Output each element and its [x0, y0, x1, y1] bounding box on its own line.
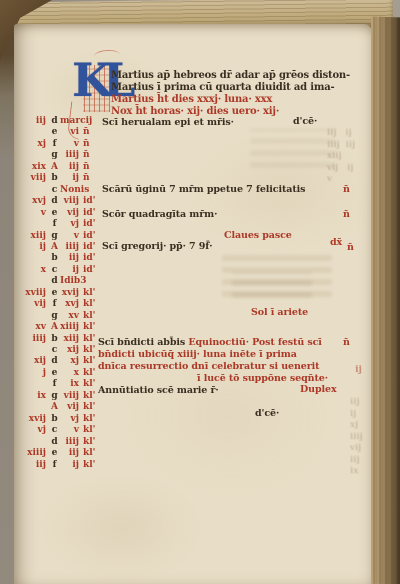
calendar-row: viijbijn̄	[22, 173, 114, 184]
entry-text: ī lucē tō suppōne seqn̄te·	[197, 373, 328, 384]
day-label: v	[58, 425, 79, 436]
golden-number: xj	[22, 139, 46, 150]
calendar-row: vevijid'	[22, 208, 114, 219]
feast-entry: bn̄dicti ubicūq̄ xiiij· luna inēte ī pri…	[98, 349, 297, 360]
entry-text: Claues pasce	[224, 230, 292, 241]
calendar-row: biijid'	[22, 253, 114, 264]
nones-ides-kalends-mark: kl'	[83, 402, 109, 413]
nones-ides-kalends-mark: id'	[83, 196, 109, 207]
entry-text: ij	[355, 364, 362, 375]
day-label: marcij	[60, 116, 92, 127]
feast-entry: Claues pasce	[224, 230, 292, 241]
dominical-letter: d	[49, 276, 60, 287]
nones-ides-kalends-mark: id'	[83, 265, 109, 276]
photo-of-manuscript: KL Martius ap̄ hebreos dr̄ adar ap̄ grēo…	[0, 0, 400, 584]
day-label: xij	[58, 345, 79, 356]
calendar-row: gxvkl'	[22, 311, 114, 322]
calendar-row: Avijkl'	[22, 402, 114, 413]
calendar-row: iijdmarcij	[22, 116, 114, 127]
day-label: iiij	[58, 437, 79, 448]
golden-number: xvj	[22, 196, 46, 207]
feast-entry: dx̄	[330, 237, 342, 248]
calendar-row: xiijgvid'	[22, 231, 114, 242]
golden-number: viij	[22, 173, 46, 184]
nones-ides-kalends-mark: kl'	[83, 437, 109, 448]
nones-ides-kalends-mark: n̄	[83, 162, 109, 173]
day-label: Nonis	[60, 185, 89, 196]
golden-number: ix	[22, 391, 46, 402]
nones-ides-kalends-mark: kl'	[83, 448, 109, 459]
day-label: iiij	[58, 150, 79, 161]
entry-text: Scī bn̄dicti abb̄is	[98, 337, 188, 348]
nones-ides-kalends-mark: kl'	[83, 425, 109, 436]
header-line-1: Martius ap̄ hebreos dr̄ adar ap̄ grēos d…	[111, 70, 350, 82]
feast-entry: ī lucē tō suppōne seqn̄te·	[197, 373, 328, 384]
entry-text: n̄	[347, 242, 354, 253]
entry-text: Scī gregorij· pp̄· 7 9f̄·	[102, 241, 212, 252]
day-label: x	[58, 368, 79, 379]
day-label: iij	[58, 162, 79, 173]
day-label: xiiij	[58, 322, 79, 333]
day-label: ij	[58, 460, 79, 471]
book-gutter-edge	[0, 0, 15, 584]
day-label: iij	[58, 253, 79, 264]
calendar-row: xviijexvijkl'	[22, 288, 114, 299]
day-label: Idib3	[60, 276, 86, 287]
header-line-3: Martius h̄t dies xxxj· luna· xxx	[111, 94, 272, 106]
day-label: ij	[58, 265, 79, 276]
day-label: vj	[58, 414, 79, 425]
entry-text: n̄	[343, 209, 350, 220]
calendar-row: ijAiiijid'	[22, 242, 114, 253]
entry-text: Equinoctiū· Post festū scī	[188, 337, 321, 348]
calendar-row: fvjid'	[22, 219, 114, 230]
header-line-2: Martius ī prima cū quarta diuidit ad ima…	[111, 82, 334, 94]
feast-entry: dnīca resurrectio dnī celebratur si uene…	[98, 361, 319, 372]
golden-number: xiij	[22, 231, 46, 242]
golden-number: vij	[22, 299, 46, 310]
entry-text: Scī herualam epi et mr̄is·	[102, 117, 234, 128]
day-label: xvj	[58, 299, 79, 310]
nones-ides-kalends-mark: kl'	[83, 460, 109, 471]
day-label: ix	[58, 379, 79, 390]
page-block-fore-edge	[371, 17, 400, 584]
entry-text: Scōr quadragīta mr̄m·	[102, 209, 217, 220]
nones-ides-kalends-mark: kl'	[83, 299, 109, 310]
nones-ides-kalends-mark: n̄	[83, 139, 109, 150]
calendar-row: cNonis	[22, 185, 114, 196]
feast-entry: n̄	[343, 184, 350, 195]
golden-number: v	[22, 208, 46, 219]
day-label: xj	[58, 356, 79, 367]
feast-entry: d'cē·	[293, 116, 317, 127]
day-label: vij	[58, 402, 79, 413]
calendar-row: vjcvkl'	[22, 425, 114, 436]
golden-number: iij	[22, 116, 46, 127]
golden-number: iiij	[22, 334, 46, 345]
day-label: v	[58, 231, 79, 242]
calendar-row: dIdib3	[22, 276, 114, 287]
entry-text: Sol ī ariete	[251, 307, 308, 318]
day-label: vi	[58, 127, 79, 138]
nones-ides-kalends-mark: id'	[83, 231, 109, 242]
golden-number: xviij	[22, 288, 46, 299]
day-label: vj	[58, 219, 79, 230]
day-label: iij	[58, 448, 79, 459]
nones-ides-kalends-mark: kl'	[83, 311, 109, 322]
feast-entry: Scī bn̄dicti abb̄is Equinoctiū· Post fes…	[98, 337, 322, 348]
nones-ides-kalends-mark: n̄	[83, 150, 109, 161]
entry-text: n̄	[343, 184, 350, 195]
golden-number: xvij	[22, 414, 46, 425]
golden-number: ij	[22, 242, 46, 253]
day-label: xiij	[58, 334, 79, 345]
day-label: viij	[58, 196, 79, 207]
day-label: ij	[58, 173, 79, 184]
dominical-letter: c	[49, 185, 60, 196]
calendar-row: vijfxvjkl'	[22, 299, 114, 310]
nones-ides-kalends-mark: n̄	[83, 173, 109, 184]
calendar-row: xvjdviijid'	[22, 196, 114, 207]
bleedthrough-smudge	[250, 128, 335, 168]
calendar-row: giiijn̄	[22, 150, 114, 161]
nones-ides-kalends-mark: n̄	[83, 127, 109, 138]
dominical-letter: d	[49, 116, 60, 127]
calendar-row: iijfijkl'	[22, 460, 114, 471]
golden-number: xv	[22, 322, 46, 333]
day-label: xvij	[58, 288, 79, 299]
calendar-row: xixAiijn̄	[22, 162, 114, 173]
golden-number: xix	[22, 162, 46, 173]
bleedthrough-smudge	[232, 272, 312, 298]
entry-text: dx̄	[330, 237, 342, 248]
nones-ides-kalends-mark: id'	[83, 253, 109, 264]
golden-number: j	[22, 368, 46, 379]
feast-entry: ij	[355, 364, 362, 375]
feast-entry: Scārū ūginū 7 mr̄m ppetue 7 felicitatis	[102, 184, 305, 195]
feast-entry: Sol ī ariete	[251, 307, 308, 318]
feast-entry: Scī herualam epi et mr̄is·	[102, 117, 234, 128]
day-label: viij	[58, 391, 79, 402]
entry-text: n̄	[343, 337, 350, 348]
calendar-row: diiijkl'	[22, 437, 114, 448]
day-label: iiij	[58, 242, 79, 253]
nones-ides-kalends-mark: kl'	[83, 414, 109, 425]
entry-text: dnīca resurrectio dnī celebratur si uene…	[98, 361, 319, 372]
entry-text: Annūtiatio scē marie r̄·	[98, 385, 219, 396]
feast-entry: d'cē·	[255, 408, 279, 419]
golden-number: xij	[22, 356, 46, 367]
calendar-row: evin̄	[22, 127, 114, 138]
feast-entry: n̄	[343, 337, 350, 348]
calendar-row: xcijid'	[22, 265, 114, 276]
day-label: v	[58, 139, 79, 150]
feast-entry: n̄	[343, 209, 350, 220]
entry-text: Scārū ūginū 7 mr̄m ppetue 7 felicitatis	[102, 184, 305, 195]
entry-text: Duplex	[300, 384, 337, 395]
nones-ides-kalends-mark: kl'	[83, 288, 109, 299]
entry-text: d'cē·	[293, 116, 317, 127]
feast-entry: Duplex	[300, 384, 337, 395]
golden-number: iij	[22, 460, 46, 471]
day-label: xv	[58, 311, 79, 322]
golden-number: vj	[22, 425, 46, 436]
golden-number: xiiij	[22, 448, 46, 459]
day-label: vij	[58, 208, 79, 219]
entry-text: bn̄dicti ubicūq̄ xiiij· luna inēte ī pri…	[98, 349, 297, 360]
kl-initial: KL	[74, 60, 116, 120]
feast-entry: Scōr quadragīta mr̄m·	[102, 209, 217, 220]
feast-entry: Scī gregorij· pp̄· 7 9f̄·	[102, 241, 212, 252]
nones-ides-kalends-mark: kl'	[83, 322, 109, 333]
calendar-row: xvAxiiijkl'	[22, 322, 114, 333]
nones-ides-kalends-mark: id'	[83, 219, 109, 230]
calendar-row: xvijbvjkl'	[22, 414, 114, 425]
bleed-through-column: iij ij xj iiij vij iij ix	[350, 397, 363, 478]
calendar-row: xjfvn̄	[22, 139, 114, 150]
golden-number: x	[22, 265, 46, 276]
calendar-row: xiiijeiijkl'	[22, 448, 114, 459]
feast-entry: Annūtiatio scē marie r̄·	[98, 385, 219, 396]
entry-text: d'cē·	[255, 408, 279, 419]
penwork-sprig	[94, 49, 121, 62]
bleed-through-column: iij ij iiij iij xiij vij ij v	[327, 128, 355, 186]
feast-entry: n̄	[347, 242, 354, 253]
